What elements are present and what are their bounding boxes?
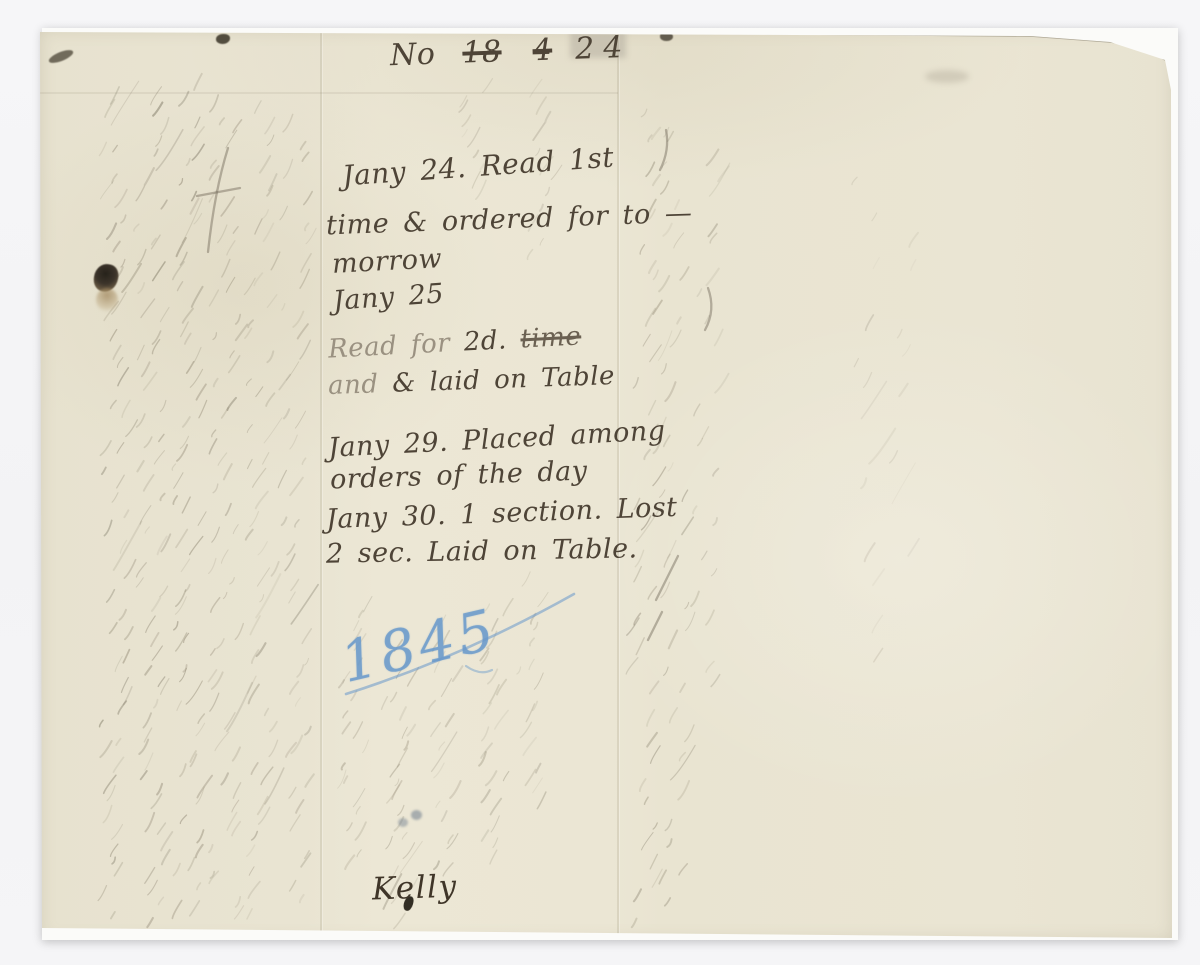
photo-background: No 18 4 24 Jany 24. Read 1st time & orde… [0,0,1200,965]
docket-number: No 18 4 24 [389,30,631,73]
signature: Kelly [371,869,458,908]
fold-crease-horizontal [40,92,618,94]
entry-line: 2 sec. Laid on Table. [326,533,638,569]
smudge-top-right [925,70,969,83]
entry-main-text: & laid on Table [392,361,616,399]
entry-line: Jany 24. Read 1st [341,141,615,193]
entry-line: Jany 29. Placed among [327,415,666,464]
entry-faint-text: and [328,369,379,401]
docket-number-struck-1: 18 [462,34,502,70]
fold-crease-right [617,30,619,940]
entry-line: time & ordered for to — [326,198,693,242]
docket-number-prefix: No [389,37,436,74]
blue-dot-right [411,810,422,820]
ink-blot-tail [96,288,118,312]
entry-line: and & laid on Table [328,361,616,401]
entry-line: Jany 30. 1 section. Lost [326,492,678,535]
entry-main-text: 2d. [463,325,507,357]
year-annotation: 1845 [335,597,504,696]
fold-crease-left [320,30,322,940]
entry-line: morrow [331,243,443,280]
entry-line: Jany 25 [332,278,445,317]
docket-number-final: 24 [575,30,632,67]
edge-speck-top [216,34,230,44]
entry-line: Read for 2d. time [327,321,582,364]
blue-dot-left [398,818,408,827]
manuscript-page: No 18 4 24 Jany 24. Read 1st time & orde… [40,30,1172,940]
docket-number-struck-2: 4 [532,33,553,69]
edge-speck-top-left [47,47,74,65]
entry-struck-text: time [520,321,582,354]
entry-faint-text: Read for [327,328,450,364]
